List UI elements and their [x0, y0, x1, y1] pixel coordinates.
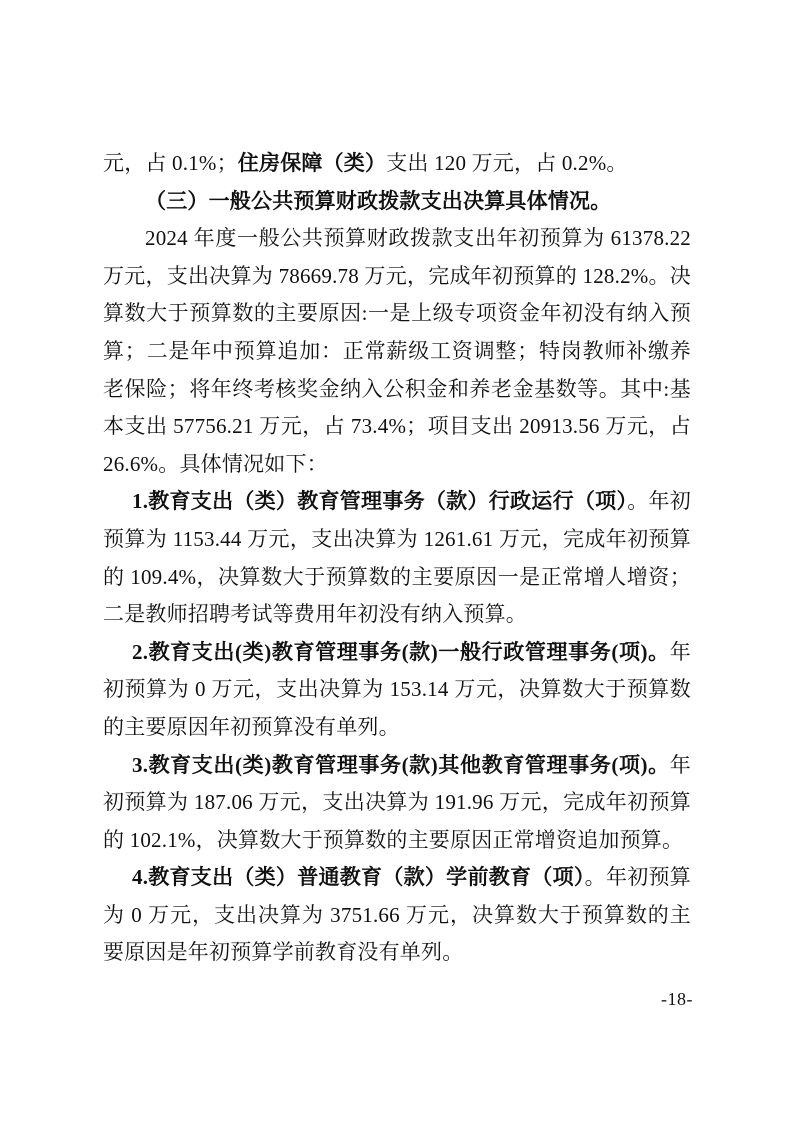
- housing-security-category-label: 住房保障（类）: [238, 151, 386, 175]
- text-run: 支出 120 万元，占 0.2%。: [386, 151, 627, 175]
- document-body: 元，占 0.1%；住房保障（类）支出 120 万元，占 0.2%。 （三）一般公…: [103, 145, 691, 972]
- item-3-title: 3.教育支出(类)教育管理事务(款)其他教育管理事务(项)。: [132, 753, 670, 777]
- paragraph-continuation: 元，占 0.1%；住房保障（类）支出 120 万元，占 0.2%。: [103, 145, 691, 183]
- list-item-3: 3.教育支出(类)教育管理事务(款)其他教育管理事务(项)。年初预算为 187.…: [103, 747, 691, 860]
- list-item-2: 2.教育支出(类)教育管理事务(款)一般行政管理事务(项)。年初预算为 0 万元…: [103, 634, 691, 747]
- document-page: 元，占 0.1%；住房保障（类）支出 120 万元，占 0.2%。 （三）一般公…: [0, 0, 793, 1122]
- list-item-4: 4.教育支出（类）普通教育（款）学前教育（项）。年初预算为 0 万元，支出决算为…: [103, 859, 691, 972]
- item-1-title: 1.教育支出（类）教育管理事务（款）行政运行（项）: [132, 489, 627, 513]
- paragraph-budget-summary: 2024 年度一般公共预算财政拨款支出年初预算为 61378.22 万元，支出决…: [103, 220, 691, 483]
- text-run: 2024 年度一般公共预算财政拨款支出年初预算为 61378.22 万元，支出决…: [103, 226, 691, 476]
- section-heading-text: （三）一般公共预算财政拨款支出决算具体情况。: [145, 189, 611, 213]
- item-2-title: 2.教育支出(类)教育管理事务(款)一般行政管理事务(项)。: [132, 640, 670, 664]
- text-run: 元，占 0.1%；: [103, 151, 238, 175]
- item-4-title: 4.教育支出（类）普通教育（款）学前教育（项）: [132, 865, 585, 889]
- list-item-1: 1.教育支出（类）教育管理事务（款）行政运行（项）。年初预算为 1153.44 …: [103, 483, 691, 633]
- section-heading: （三）一般公共预算财政拨款支出决算具体情况。: [103, 183, 691, 221]
- page-number: -18-: [661, 989, 693, 1010]
